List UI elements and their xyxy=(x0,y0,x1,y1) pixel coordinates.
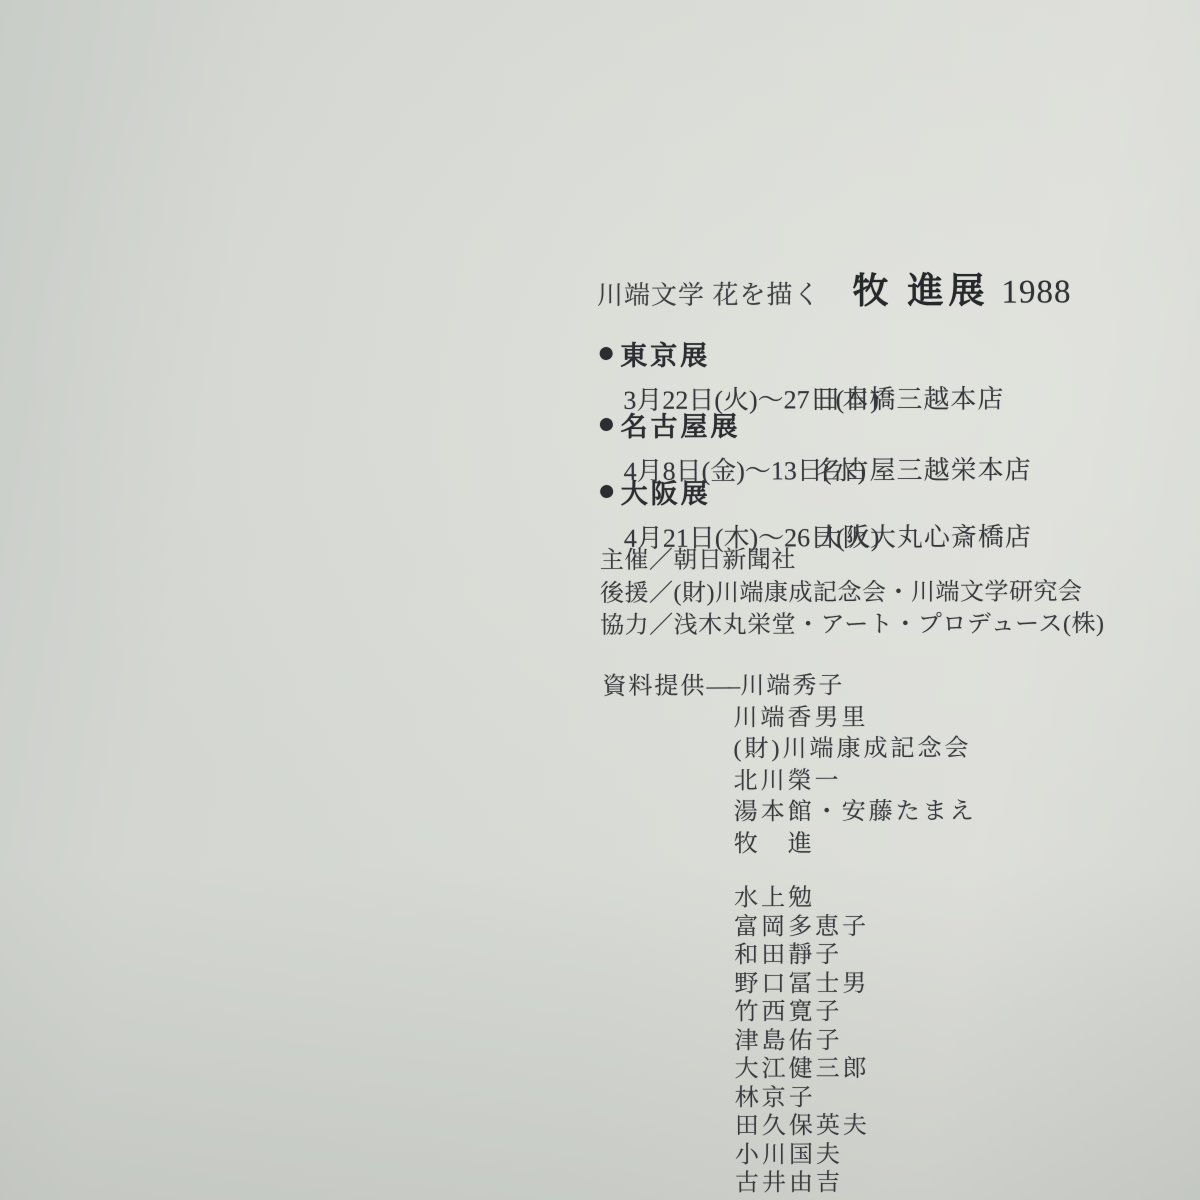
provider-name: 牧 進 xyxy=(734,828,977,860)
contributor-name: 大江健三郎 xyxy=(735,1055,978,1084)
exhibition-osaka: ● 大阪展 4月21日(木)〜26日(火) 大阪大丸心斎橋店 xyxy=(598,470,1032,555)
exhibition-name: 大阪展 xyxy=(621,472,711,511)
credit-organizer: 主催／朝日新聞社 xyxy=(600,543,1104,577)
contributors-list: 水上勉 富岡多恵子 和田靜子 野口冨士男 竹西寛子 津島佑子 大江健三郎 林京子… xyxy=(734,884,978,1198)
title-main: 牧 進展 xyxy=(852,263,989,314)
provider-name: (財)川端康成記念会 xyxy=(733,734,976,766)
provider-name: 川端香男里 xyxy=(733,702,976,734)
bullet-icon: ● xyxy=(597,337,618,367)
provider-name: 川端秀子 xyxy=(740,671,844,703)
contributor-name: 竹西寛子 xyxy=(734,998,977,1027)
contributor-name: 田久保英夫 xyxy=(735,1112,978,1141)
credits-block: 主催／朝日新聞社 後援／(財)川端康成記念会・川端文学研究会 協力／浅木丸栄堂・… xyxy=(600,543,1105,642)
contributor-name: 富岡多恵子 xyxy=(734,912,977,941)
provider-name: 湯本館・安藤たまえ xyxy=(734,797,977,829)
exhibition-heading: ● 大阪展 xyxy=(598,470,1032,511)
materials-provided-block: 資料提供 —— 川端秀子 川端香男里 (財)川端康成記念会 北川榮一 湯本館・安… xyxy=(602,671,978,1199)
contributor-name: 古井由吉 xyxy=(735,1169,978,1198)
contributor-name: 水上勉 xyxy=(734,884,977,913)
contributor-name: 和田靜子 xyxy=(734,941,977,970)
page-title: 川端文学 花を描く 牧 進展 1988 xyxy=(597,262,1072,315)
exhibition-name: 名古屋展 xyxy=(620,405,740,444)
exhibition-heading: ● 東京展 xyxy=(597,333,1004,373)
exhibition-name: 東京展 xyxy=(620,334,710,373)
title-year: 1988 xyxy=(1001,274,1071,311)
title-series: 川端文学 花を描く xyxy=(597,274,821,312)
bullet-icon: ● xyxy=(597,408,618,438)
contributor-name: 野口冨士男 xyxy=(734,969,977,998)
dash-rule: —— xyxy=(706,672,740,704)
exhibition-heading: ● 名古屋展 xyxy=(597,403,1031,444)
contributor-name: 林京子 xyxy=(735,1083,978,1112)
contributor-name: 津島佑子 xyxy=(734,1026,977,1055)
materials-label-line: 資料提供 —— 川端秀子 xyxy=(602,671,976,704)
credit-cooperation: 協力／浅木丸栄堂・アート・プロデュース(株) xyxy=(600,608,1104,642)
providers-list: 川端香男里 (財)川端康成記念会 北川榮一 湯本館・安藤たまえ 牧 進 xyxy=(733,702,977,860)
contributor-name: 小川国夫 xyxy=(735,1140,978,1169)
bullet-icon: ● xyxy=(598,475,619,505)
catalog-page: 川端文学 花を描く 牧 進展 1988 ● 東京展 3月22日(火)〜27日(日… xyxy=(0,0,1200,1200)
provider-name: 北川榮一 xyxy=(734,765,977,797)
materials-label: 資料提供 xyxy=(602,672,706,704)
credit-support: 後援／(財)川端康成記念会・川端文学研究会 xyxy=(600,576,1104,610)
page-content: 川端文学 花を描く 牧 進展 1988 ● 東京展 3月22日(火)〜27日(日… xyxy=(0,0,1200,1200)
